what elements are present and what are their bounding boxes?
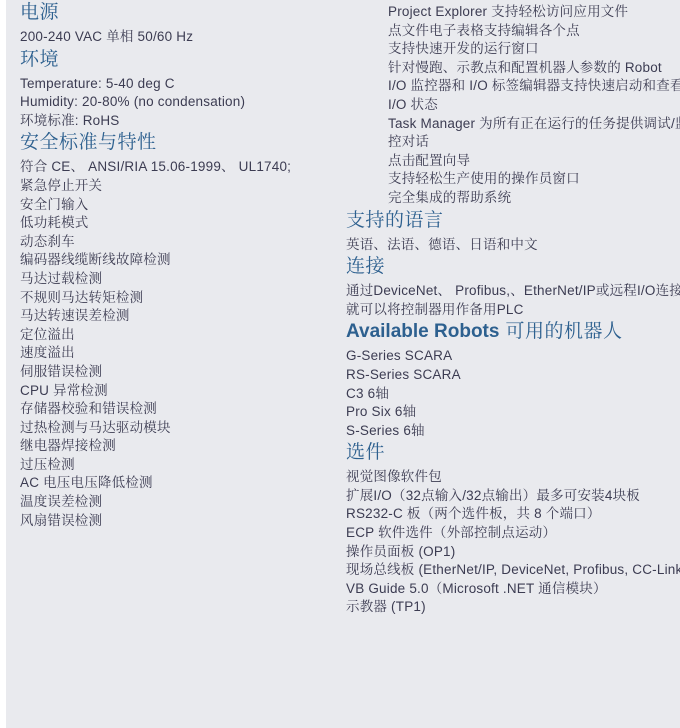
right-column: Project Explorer 支持轻松访问应用文件 点文件电子表格支持编辑各… [346,0,680,617]
feature-line: 完全集成的帮助系统 [388,189,680,208]
feature-line: 点文件电子表格支持编辑各个点 [388,22,680,41]
environment-spec-list: Temperature: 5-40 deg C Humidity: 20-80%… [20,75,340,131]
robot-line: RS-Series SCARA [346,366,680,385]
left-column: 电源 200-240 VAC 单相 50/60 Hz 环境 Temperatur… [20,0,340,530]
options-list: 视觉图像软件包 扩展I/O（32点输入/32点输出）最多可安装4块板 RS232… [346,468,680,617]
spec-line: 动态刹车 [20,233,340,252]
safety-spec-list: 符合 CE、 ANSI/RIA 15.06-1999、 UL1740; 紧急停止… [20,158,340,530]
spec-line: 英语、法语、德语、日语和中文 [346,236,680,255]
robot-line: C3 6轴 [346,385,680,404]
power-spec-list: 200-240 VAC 单相 50/60 Hz [20,28,340,47]
section-heading-environment: 环境 [20,47,340,73]
spec-line: 风扇错误检测 [20,512,340,531]
robot-line: S-Series 6轴 [346,422,680,441]
feature-line: 针对慢跑、示教点和配置机器人参数的 Robot [388,59,680,78]
spec-line: 存储器校验和错误检测 [20,400,340,419]
spec-line: Temperature: 5-40 deg C [20,75,340,94]
spec-line: 紧急停止开关 [20,177,340,196]
spec-line: 编码器线缆断线故障检测 [20,251,340,270]
feature-line: 控对话 [388,133,680,152]
feature-line: 支持轻松生产使用的操作员窗口 [388,170,680,189]
option-line: VB Guide 5.0（Microsoft .NET 通信模块） [346,580,680,599]
spec-line: 低功耗模式 [20,214,340,233]
spec-line: 马达过载检测 [20,270,340,289]
feature-line: 点击配置向导 [388,152,680,171]
section-heading-languages: 支持的语言 [346,208,680,234]
feature-line: I/O 监控器和 I/O 标签编辑器支持快速启动和查看 [388,77,680,96]
option-line: 视觉图像软件包 [346,468,680,487]
spec-line: Humidity: 20-80% (no condensation) [20,93,340,112]
spec-line: 继电器焊接检测 [20,437,340,456]
spec-line: 伺服错误检测 [20,363,340,382]
spec-line: 安全门输入 [20,196,340,215]
option-line: ECP 软件选件（外部控制点运动） [346,524,680,543]
feature-line: 支持快速开发的运行窗口 [388,40,680,59]
spec-line: 速度溢出 [20,344,340,363]
spec-line: 不规则马达转矩检测 [20,289,340,308]
robots-list: G-Series SCARA RS-Series SCARA C3 6轴 Pro… [346,347,680,440]
spec-line: 符合 CE、 ANSI/RIA 15.06-1999、 UL1740; [20,158,340,177]
spec-line: 通过DeviceNet、 Profibus,、EtherNet/IP或远程I/O… [346,282,680,301]
option-line: RS232-C 板（两个选件板，共 8 个端口） [346,505,680,524]
spec-line: 马达转速误差检测 [20,307,340,326]
option-line: 扩展I/O（32点输入/32点输出）最多可安装4块板 [346,487,680,506]
spec-page: 电源 200-240 VAC 单相 50/60 Hz 环境 Temperatur… [6,0,680,728]
feature-line: Task Manager 为所有正在运行的任务提供调试/监 [388,115,680,134]
available-robots-chinese-label: 可用的机器人 [505,321,622,342]
spec-line: 就可以将控制器用作备用PLC [346,301,680,320]
option-line: 示教器 (TP1) [346,598,680,617]
spec-line: AC 电压电压降低检测 [20,474,340,493]
feature-line: I/O 状态 [388,96,680,115]
spec-line: 过热检测与马达驱动模块 [20,419,340,438]
option-line: 现场总线板 (EtherNet/IP, DeviceNet, Profibus,… [346,561,680,580]
feature-line: Project Explorer 支持轻松访问应用文件 [388,3,680,22]
robot-line: G-Series SCARA [346,347,680,366]
languages-list: 英语、法语、德语、日语和中文 [346,236,680,255]
available-robots-english-label: Available Robots [346,321,499,342]
spec-line: 200-240 VAC 单相 50/60 Hz [20,28,340,47]
robot-line: Pro Six 6轴 [346,403,680,422]
option-line: 操作员面板 (OP1) [346,543,680,562]
spec-line: 环境标准: RoHS [20,112,340,131]
spec-line: CPU 异常检测 [20,382,340,401]
section-heading-power: 电源 [20,0,340,26]
spec-line: 温度误差检测 [20,493,340,512]
section-heading-safety: 安全标准与特性 [20,130,340,156]
spec-line: 过压检测 [20,456,340,475]
connectivity-list: 通过DeviceNet、 Profibus,、EtherNet/IP或远程I/O… [346,282,680,319]
section-heading-connectivity: 连接 [346,254,680,280]
section-heading-available-robots: Available Robots可用的机器人 [346,319,680,345]
software-feature-list: Project Explorer 支持轻松访问应用文件 点文件电子表格支持编辑各… [388,3,680,208]
section-heading-options: 选件 [346,440,680,466]
spec-line: 定位溢出 [20,326,340,345]
